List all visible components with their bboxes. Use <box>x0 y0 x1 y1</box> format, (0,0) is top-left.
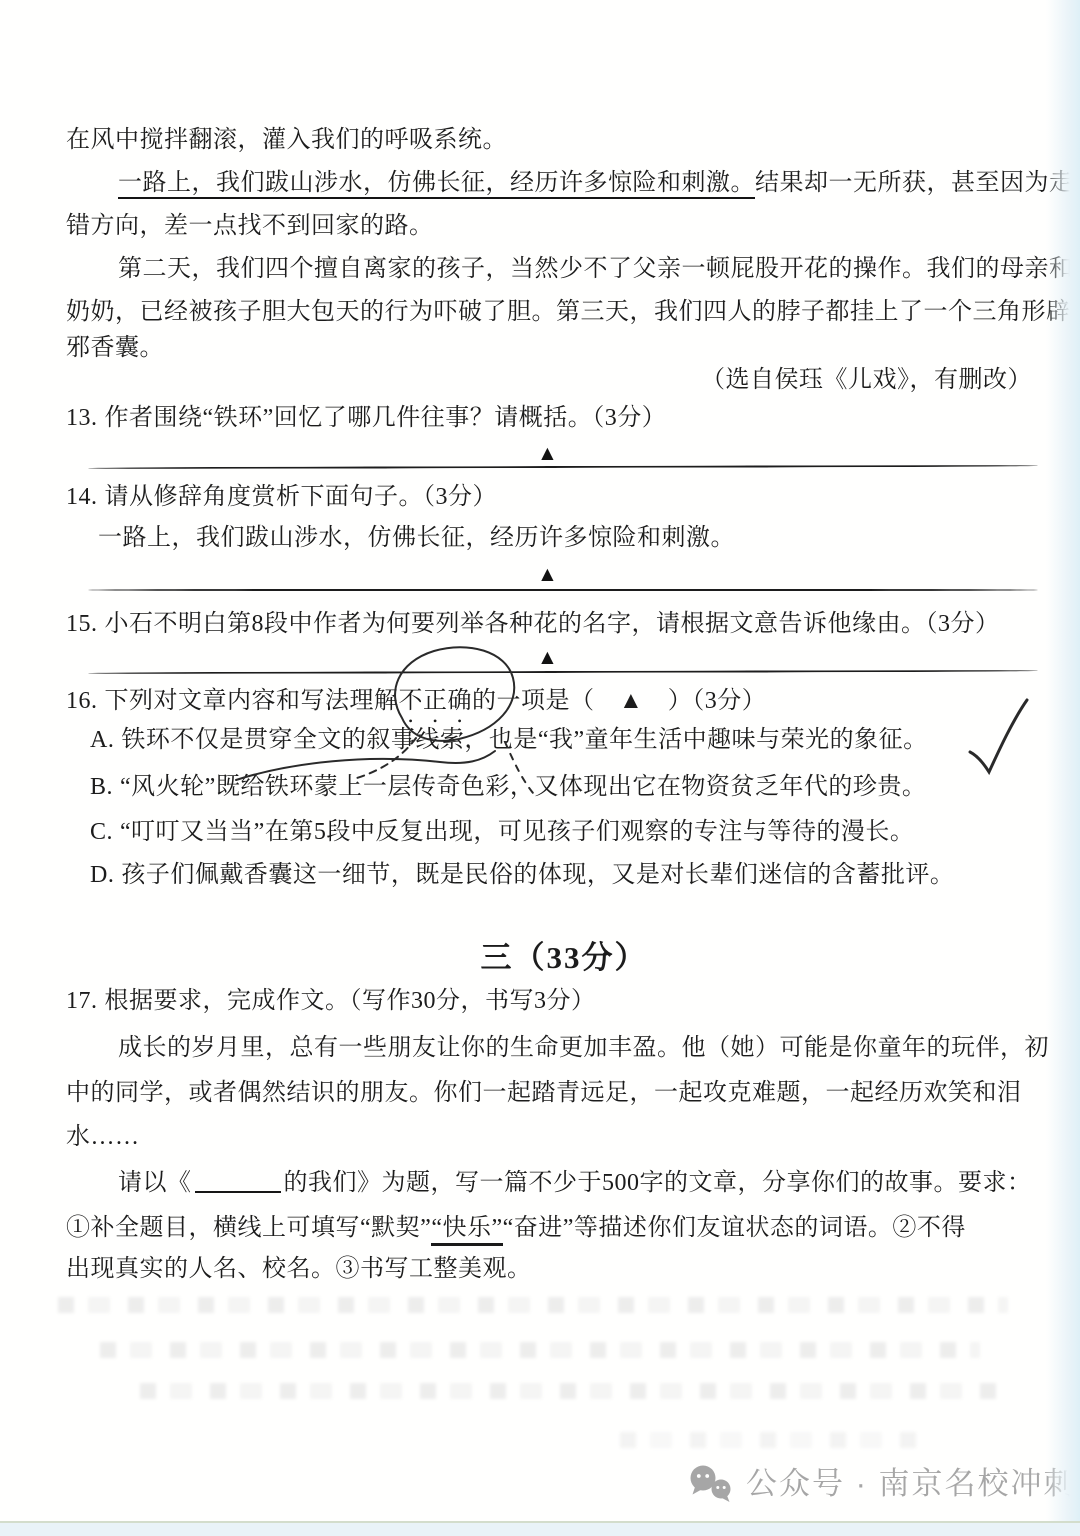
answer-triangle-icon: ▲ <box>537 644 558 670</box>
req2-prefix: ①补全题目，横线上可填写“默契” <box>66 1215 431 1241</box>
ghost-text-row <box>620 1432 920 1448</box>
answer-line-13 <box>88 465 1038 469</box>
answer-triangle-icon: ▲ <box>537 561 558 587</box>
option-b: B.“风火轮”既给铁环蒙上一层传奇色彩，又体现出它在物资贫乏年代的珍贵。 <box>90 770 926 804</box>
option-c: C.“叮叮又当当”在第5段中反复出现，可见孩子们观察的专注与等待的漫长。 <box>90 815 914 849</box>
passage-line: 一路上，我们跋山涉水，仿佛长征，经历许多惊险和刺激。结果却一无所获，甚至因为走 <box>118 166 1074 200</box>
scan-edge-right <box>1046 0 1080 1536</box>
watermark-text: 公众号 · 南京名校冲刺 <box>746 1462 1077 1506</box>
question-17-text: 根据要求，完成作文。（写作30分，书写3分） <box>105 988 596 1014</box>
req-suffix: 的我们》为题，写一篇不少于500字的文章，分享你们的故事。要求： <box>284 1170 1032 1196</box>
section-three-heading: 三（33分） <box>24 932 1080 977</box>
option-b-label: B. <box>90 770 113 804</box>
question-15-number: 15. <box>66 607 98 641</box>
ghost-text-row <box>58 1297 1008 1313</box>
prompt-line: 成长的岁月里，总有一些朋友让你的生命更加丰盈。他（她）可能是你童年的玩伴，初 <box>118 1031 1049 1065</box>
question-15-text: 小石不明白第8段中作者为何要列举各种花的名字，请根据文意告诉他缘由。（3分） <box>105 611 1000 637</box>
question-17-number: 17. <box>66 984 98 1018</box>
option-c-label: C. <box>90 815 113 849</box>
answer-triangle-icon: ▲ <box>537 440 558 466</box>
passage-line: 奶奶，已经被孩子胆大包天的行为吓破了胆。第三天，我们四人的脖子都挂上了一个三角形… <box>66 295 1071 329</box>
option-b-text: “风火轮”既给铁环蒙上一层传奇色彩，又体现出它在物资贫乏年代的珍贵。 <box>120 774 926 800</box>
answer-line-14 <box>88 589 1038 591</box>
ghost-text-row <box>100 1342 980 1358</box>
req-prefix: 请以《 <box>118 1170 192 1196</box>
hand-checkmark <box>970 700 1027 772</box>
question-15: 15.小石不明白第8段中作者为何要列举各种花的名字，请根据文意告诉他缘由。（3分… <box>66 607 1000 641</box>
requirement-line-2: ①补全题目，横线上可填写“默契”“快乐”“奋进”等描述你们友谊状态的词语。②不得 <box>66 1211 966 1245</box>
prompt-line: 中的同学，或者偶然结识的朋友。你们一起踏青远足，一起攻克难题，一起经历欢笑和泪 <box>66 1076 1022 1110</box>
question-14-text: 请从修辞角度赏析下面句子。（3分） <box>105 484 498 510</box>
question-16: 16.下列对文章内容和写法理解不正确的一项是（ ▲ ）（3分） <box>66 684 766 718</box>
title-requirement-line: 请以《的我们》为题，写一篇不少于500字的文章，分享你们的故事。要求： <box>118 1166 1032 1200</box>
prompt-line: 水…… <box>66 1120 140 1154</box>
scan-edge-bottom <box>0 1521 1080 1536</box>
passage-source: （选自侯珏《儿戏》，有删改） <box>66 363 1032 397</box>
option-c-text: “叮叮又当当”在第5段中反复出现，可见孩子们观察的专注与等待的漫长。 <box>120 819 914 845</box>
question-13-number: 13. <box>66 401 98 435</box>
question-13: 13.作者围绕“铁环”回忆了哪几件往事？请概括。（3分） <box>66 401 666 435</box>
ghost-text-row <box>140 1383 1000 1399</box>
option-d: D.孩子们佩戴香囊这一细节，既是民俗的体现，又是对长辈们迷信的含蓄批评。 <box>90 858 954 892</box>
option-d-label: D. <box>90 858 114 892</box>
question-16-stem-prefix: 下列对文章内容和写法理解 <box>105 688 399 714</box>
passage-line: 第二天，我们四个擅自离家的孩子，当然少不了父亲一顿屁股开花的操作。我们的母亲和 <box>118 252 1074 286</box>
underlined-sentence: 一路上，我们跋山涉水，仿佛长征，经历许多惊险和刺激。 <box>118 170 755 199</box>
passage-line: 邪香囊。 <box>66 331 164 365</box>
passage-line: 错方向，差一点找不到回家的路。 <box>66 209 434 243</box>
question-13-text: 作者围绕“铁环”回忆了哪几件往事？请概括。（3分） <box>105 405 667 431</box>
req2-suffix: “奋进”等描述你们友谊状态的词语。②不得 <box>503 1215 966 1241</box>
question-14-quote: 一路上，我们跋山涉水，仿佛长征，经历许多惊险和刺激。 <box>98 521 735 555</box>
question-14-number: 14. <box>66 480 98 514</box>
wechat-icon <box>688 1464 734 1504</box>
requirement-line-3: 出现真实的人名、校名。③书写工整美观。 <box>66 1252 532 1286</box>
passage-line: 在风中搅拌翻滚，灌入我们的呼吸系统。 <box>66 123 507 157</box>
title-blank <box>195 1169 281 1193</box>
option-a: A.铁环不仅是贯穿全文的叙事线索，也是“我”童年生活中趣味与荣光的象征。 <box>90 723 928 757</box>
question-16-number: 16. <box>66 684 98 718</box>
scanned-exam-page: 在风中搅拌翻滚，灌入我们的呼吸系统。 一路上，我们跋山涉水，仿佛长征，经历许多惊… <box>0 0 1080 1536</box>
watermark: 公众号 · 南京名校冲刺 <box>688 1462 1077 1506</box>
answer-line-15 <box>88 670 1038 674</box>
question-17: 17.根据要求，完成作文。（写作30分，书写3分） <box>66 984 596 1018</box>
passage-line-rest: 结果却一无所获，甚至因为走 <box>755 170 1074 196</box>
question-16-stem-suffix: 的一项是（ ▲ ）（3分） <box>472 688 766 714</box>
hand-underlined-word: “快乐” <box>431 1215 502 1246</box>
option-a-text: 铁环不仅是贯穿全文的叙事线索，也是“我”童年生活中趣味与荣光的象征。 <box>121 727 927 753</box>
option-a-label: A. <box>90 723 114 757</box>
question-14: 14.请从修辞角度赏析下面句子。（3分） <box>66 480 497 514</box>
option-d-text: 孩子们佩戴香囊这一细节，既是民俗的体现，又是对长辈们迷信的含蓄批评。 <box>121 862 954 888</box>
question-16-emphasized: 不正确 <box>399 688 473 714</box>
